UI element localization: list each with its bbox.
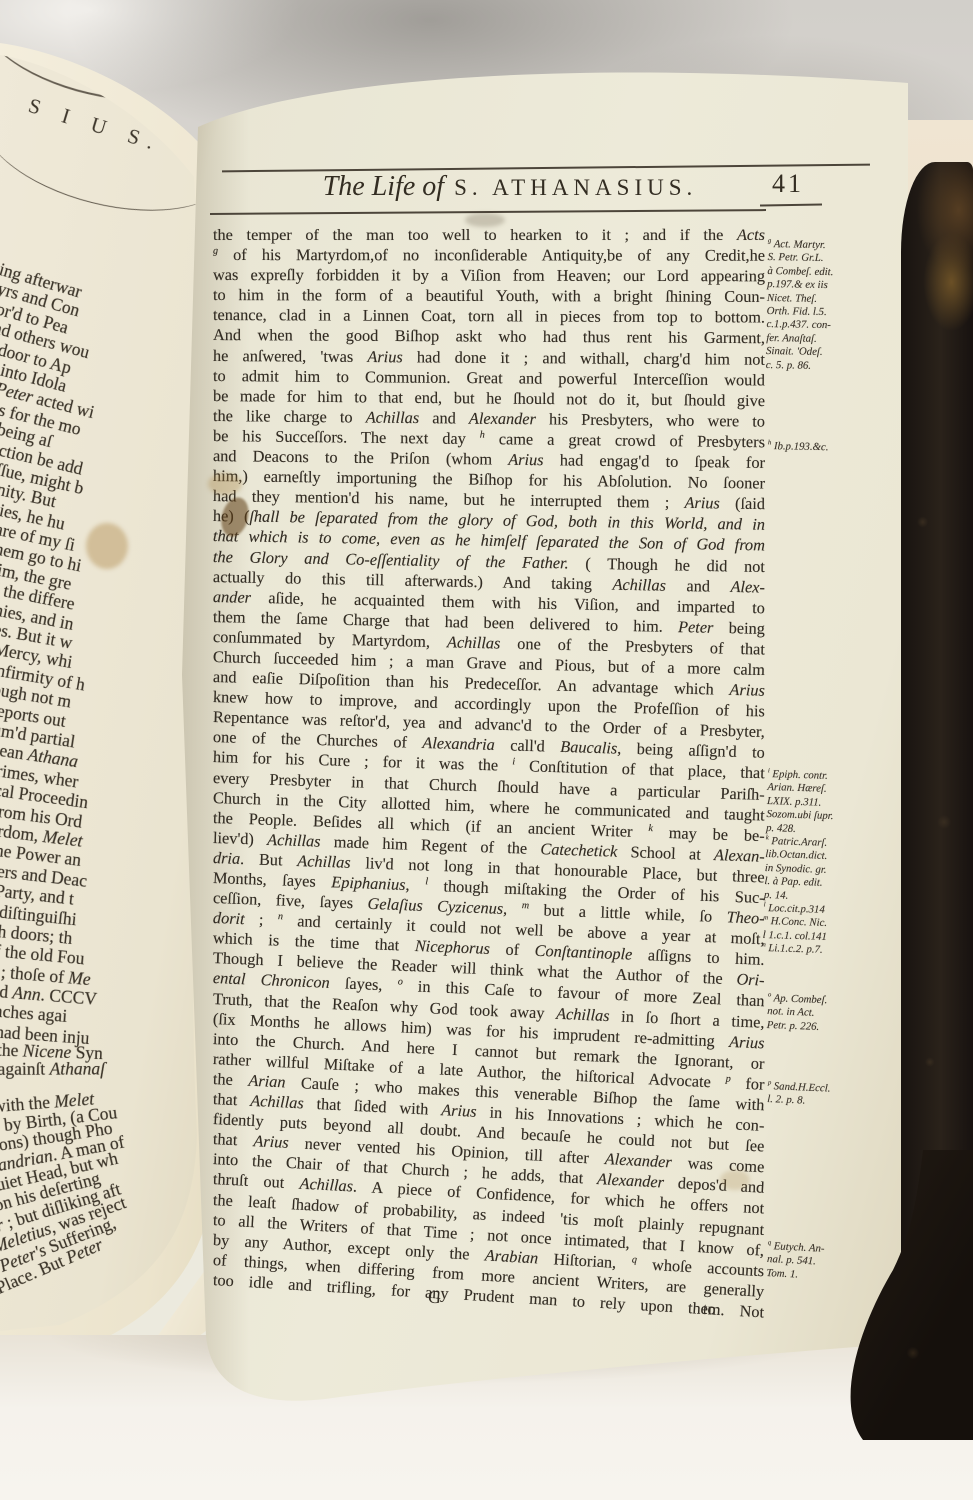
body-text-line: And when the good Biſhop askt who had th… [213, 325, 765, 348]
body-text: the temper of the man too well to hearke… [213, 225, 765, 1290]
margin-note-line: h Ib.p.193.&c. [768, 440, 900, 456]
margin-note-h: h Ib.p.193.&c. [768, 440, 900, 456]
paper-smudge [465, 213, 505, 227]
page-number: 41 [772, 169, 804, 199]
margin-note-g: g Act. Martyr.S. Petr. Gr.L.à Combeſ. ed… [766, 238, 900, 374]
running-header-italic: The Life of [323, 171, 444, 202]
right-page: The Life of S. ATHANASIUS. 41 the temper… [160, 55, 910, 1415]
body-text-line: g of his Martyrdom,of no inconſiderable … [213, 245, 765, 266]
margin-note-q: q Eutych. An-nal. p. 541.Tom. 1. [766, 1240, 900, 1287]
page-number-rule [760, 203, 822, 206]
body-text-line: was expreſly forbidden it by a Viſion fr… [213, 265, 765, 286]
margin-note-p: p Sand.H.Eccl.l. 2. p. 8. [767, 1080, 900, 1112]
margin-note-i-n: i Epiph. contr.Arian. Hæreſ.LXIX. p.311.… [762, 768, 900, 960]
paper-stain [86, 523, 128, 569]
running-header: The Life of S. ATHANASIUS. [290, 171, 730, 203]
book-photo: S I U S. o repenting afterwarhe Martyrs … [0, 0, 973, 1500]
signature-mark: G [427, 1287, 441, 1309]
margin-note-o: o Ap. Combeſ.not. in Act.Petr. p. 226. [766, 992, 899, 1037]
paper-stain [720, 1170, 750, 1190]
paper-stain [208, 473, 242, 495]
running-header-caps: S. ATHANASIUS. [454, 175, 697, 200]
margin-note-line: c. 5. p. 86. [766, 359, 898, 375]
body-text-line: the temper of the man too well to hearke… [213, 225, 765, 245]
body-text-line: to him in the form of a beautiful Youth,… [213, 285, 765, 307]
catchword: to [703, 1301, 716, 1320]
margin-note-line: n Li.1.c.2. p.7. [762, 942, 894, 960]
